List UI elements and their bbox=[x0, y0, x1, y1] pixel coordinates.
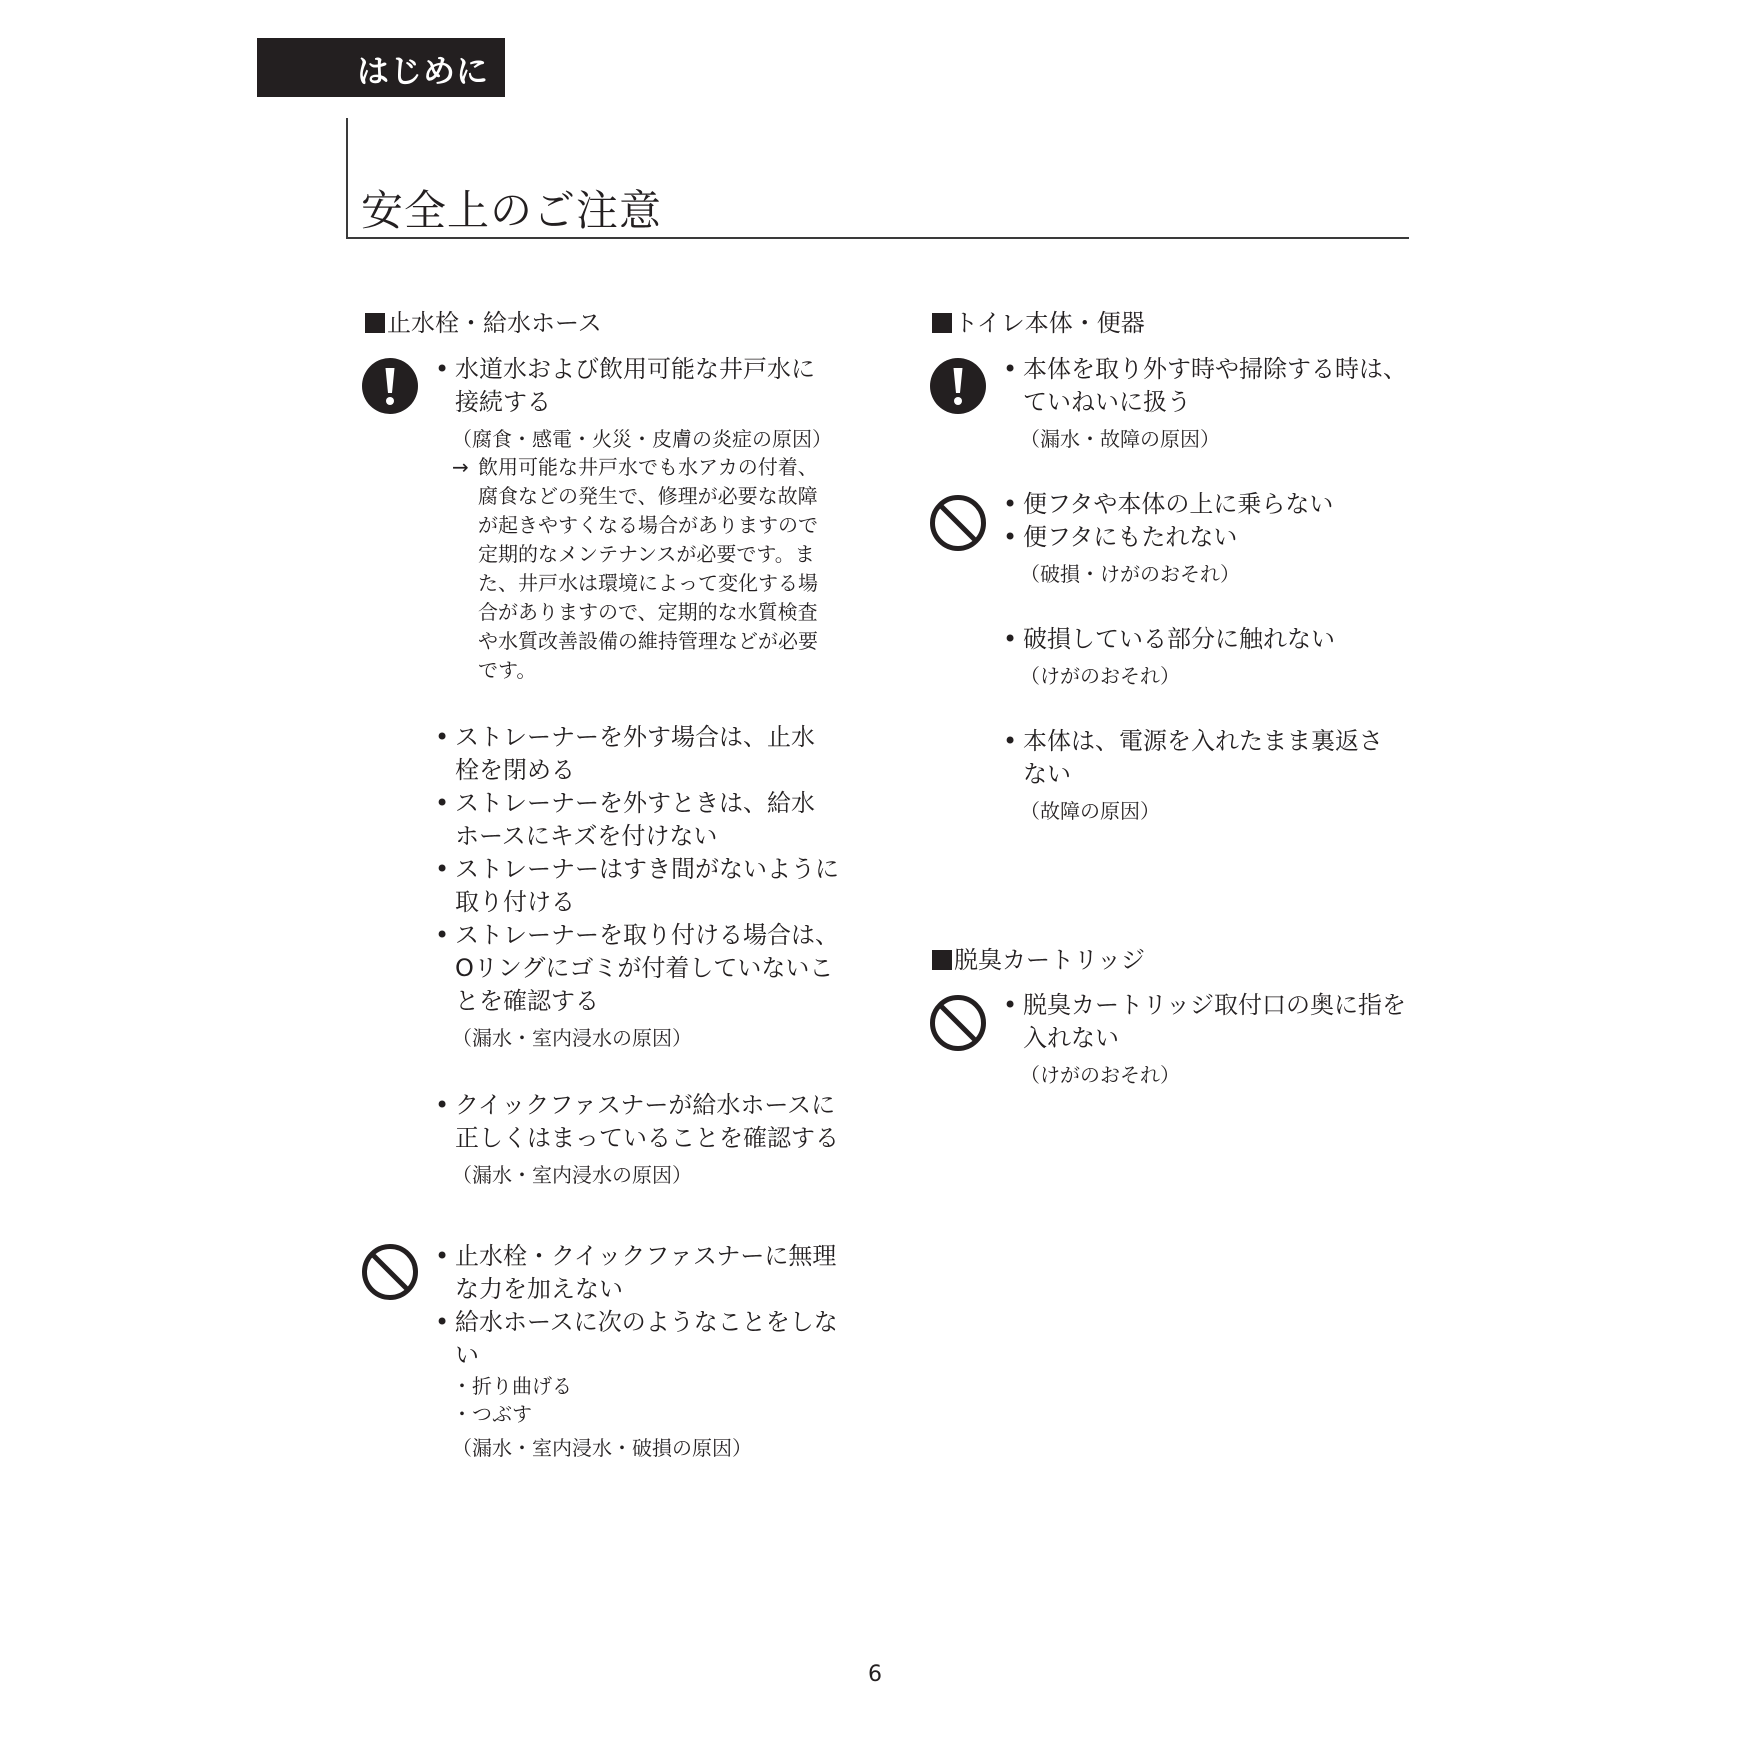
prohibition-block-cartridge-slot: • 脱臭カートリッジ取付口の奥に指を 入れない （けがのおそれ） bbox=[1003, 989, 1423, 1089]
mandatory-action-icon bbox=[361, 357, 419, 415]
list-item: • 破損している部分に触れない bbox=[1003, 623, 1423, 656]
list-item: • ストレーナーを取り付ける場合は、 Oリングにゴミが付着していないこ とを確認… bbox=[435, 919, 855, 1018]
sub-item: ・つぶす bbox=[435, 1400, 855, 1428]
list-item: • 水道水および飲用可能な井戸水に 接続する bbox=[435, 353, 855, 419]
list-item: • 給水ホースに次のようなことをしな い bbox=[435, 1306, 855, 1372]
page-title: 安全上のご注意 bbox=[361, 178, 662, 238]
square-bullet-icon bbox=[932, 950, 952, 970]
prohibition-block-damaged-part: • 破損している部分に触れない （けがのおそれ） bbox=[1003, 623, 1423, 690]
cause-text: （けがのおそれ） bbox=[1003, 1061, 1423, 1089]
prohibited-icon bbox=[361, 1243, 419, 1301]
list-item: • ストレーナーを外す場合は、止水 栓を閉める bbox=[435, 721, 855, 787]
list-item: • 便フタにもたれない bbox=[1003, 521, 1423, 554]
prohibition-block-do-not-flip: • 本体は、電源を入れたまま裏返さ ない （故障の原因） bbox=[1003, 725, 1423, 825]
cause-text: （破損・けがのおそれ） bbox=[1003, 560, 1423, 588]
cause-text: （漏水・室内浸水の原因） bbox=[435, 1024, 855, 1052]
chapter-tab: はじめに bbox=[257, 38, 505, 97]
cause-text: （漏水・故障の原因） bbox=[1003, 425, 1423, 453]
prohibited-icon bbox=[929, 494, 987, 552]
section-heading-toilet-body: トイレ本体・便器 bbox=[932, 303, 1145, 338]
prohibition-block-hose: • 止水栓・クイックファスナーに無理 な力を加えない • 給水ホースに次のような… bbox=[435, 1240, 855, 1462]
note-text: → 飲用可能な井戸水でも水アカの付着、 腐食などの発生で、修理が必要な故障 が起… bbox=[435, 453, 855, 685]
square-bullet-icon bbox=[932, 313, 952, 333]
warning-block-strainer: • ストレーナーを外す場合は、止水 栓を閉める • ストレーナーを外すときは、給… bbox=[435, 721, 855, 1052]
cause-text: （故障の原因） bbox=[1003, 797, 1423, 825]
square-bullet-icon bbox=[365, 313, 385, 333]
list-item: • 脱臭カートリッジ取付口の奥に指を 入れない bbox=[1003, 989, 1423, 1055]
title-vertical-rule bbox=[346, 118, 348, 239]
list-item: • 止水栓・クイックファスナーに無理 な力を加えない bbox=[435, 1240, 855, 1306]
list-item: • 便フタや本体の上に乗らない bbox=[1003, 488, 1423, 521]
cause-text: （けがのおそれ） bbox=[1003, 662, 1423, 690]
cause-text: （漏水・室内浸水・破損の原因） bbox=[435, 1434, 855, 1462]
section-heading-water-supply: 止水栓・給水ホース bbox=[365, 303, 602, 338]
list-item: • ストレーナーはすき間がないように 取り付ける bbox=[435, 853, 855, 919]
arrow-icon: → bbox=[452, 453, 469, 482]
chapter-label: はじめに bbox=[357, 46, 489, 92]
sub-item: ・折り曲げる bbox=[435, 1372, 855, 1400]
warning-block-handle-carefully: • 本体を取り外す時や掃除する時は、 ていねいに扱う （漏水・故障の原因） bbox=[1003, 353, 1423, 453]
page-number: 6 bbox=[868, 1662, 882, 1687]
list-item: • 本体は、電源を入れたまま裏返さ ない bbox=[1003, 725, 1423, 791]
cause-text: （漏水・室内浸水の原因） bbox=[435, 1161, 855, 1189]
prohibition-block-do-not-stand: • 便フタや本体の上に乗らない • 便フタにもたれない （破損・けがのおそれ） bbox=[1003, 488, 1423, 588]
list-item: • クイックファスナーが給水ホースに 正しくはまっていることを確認する bbox=[435, 1089, 855, 1155]
warning-block-quick-fastener: • クイックファスナーが給水ホースに 正しくはまっていることを確認する （漏水・… bbox=[435, 1089, 855, 1189]
list-item: • 本体を取り外す時や掃除する時は、 ていねいに扱う bbox=[1003, 353, 1423, 419]
mandatory-action-icon bbox=[929, 357, 987, 415]
section-heading-deodorizer-cartridge: 脱臭カートリッジ bbox=[932, 940, 1145, 975]
prohibited-icon bbox=[929, 994, 987, 1052]
cause-text: （腐食・感電・火災・皮膚の炎症の原因） bbox=[435, 425, 855, 453]
list-item: • ストレーナーを外すときは、給水 ホースにキズを付けない bbox=[435, 787, 855, 853]
warning-block-water-source: • 水道水および飲用可能な井戸水に 接続する （腐食・感電・火災・皮膚の炎症の原… bbox=[435, 353, 855, 685]
